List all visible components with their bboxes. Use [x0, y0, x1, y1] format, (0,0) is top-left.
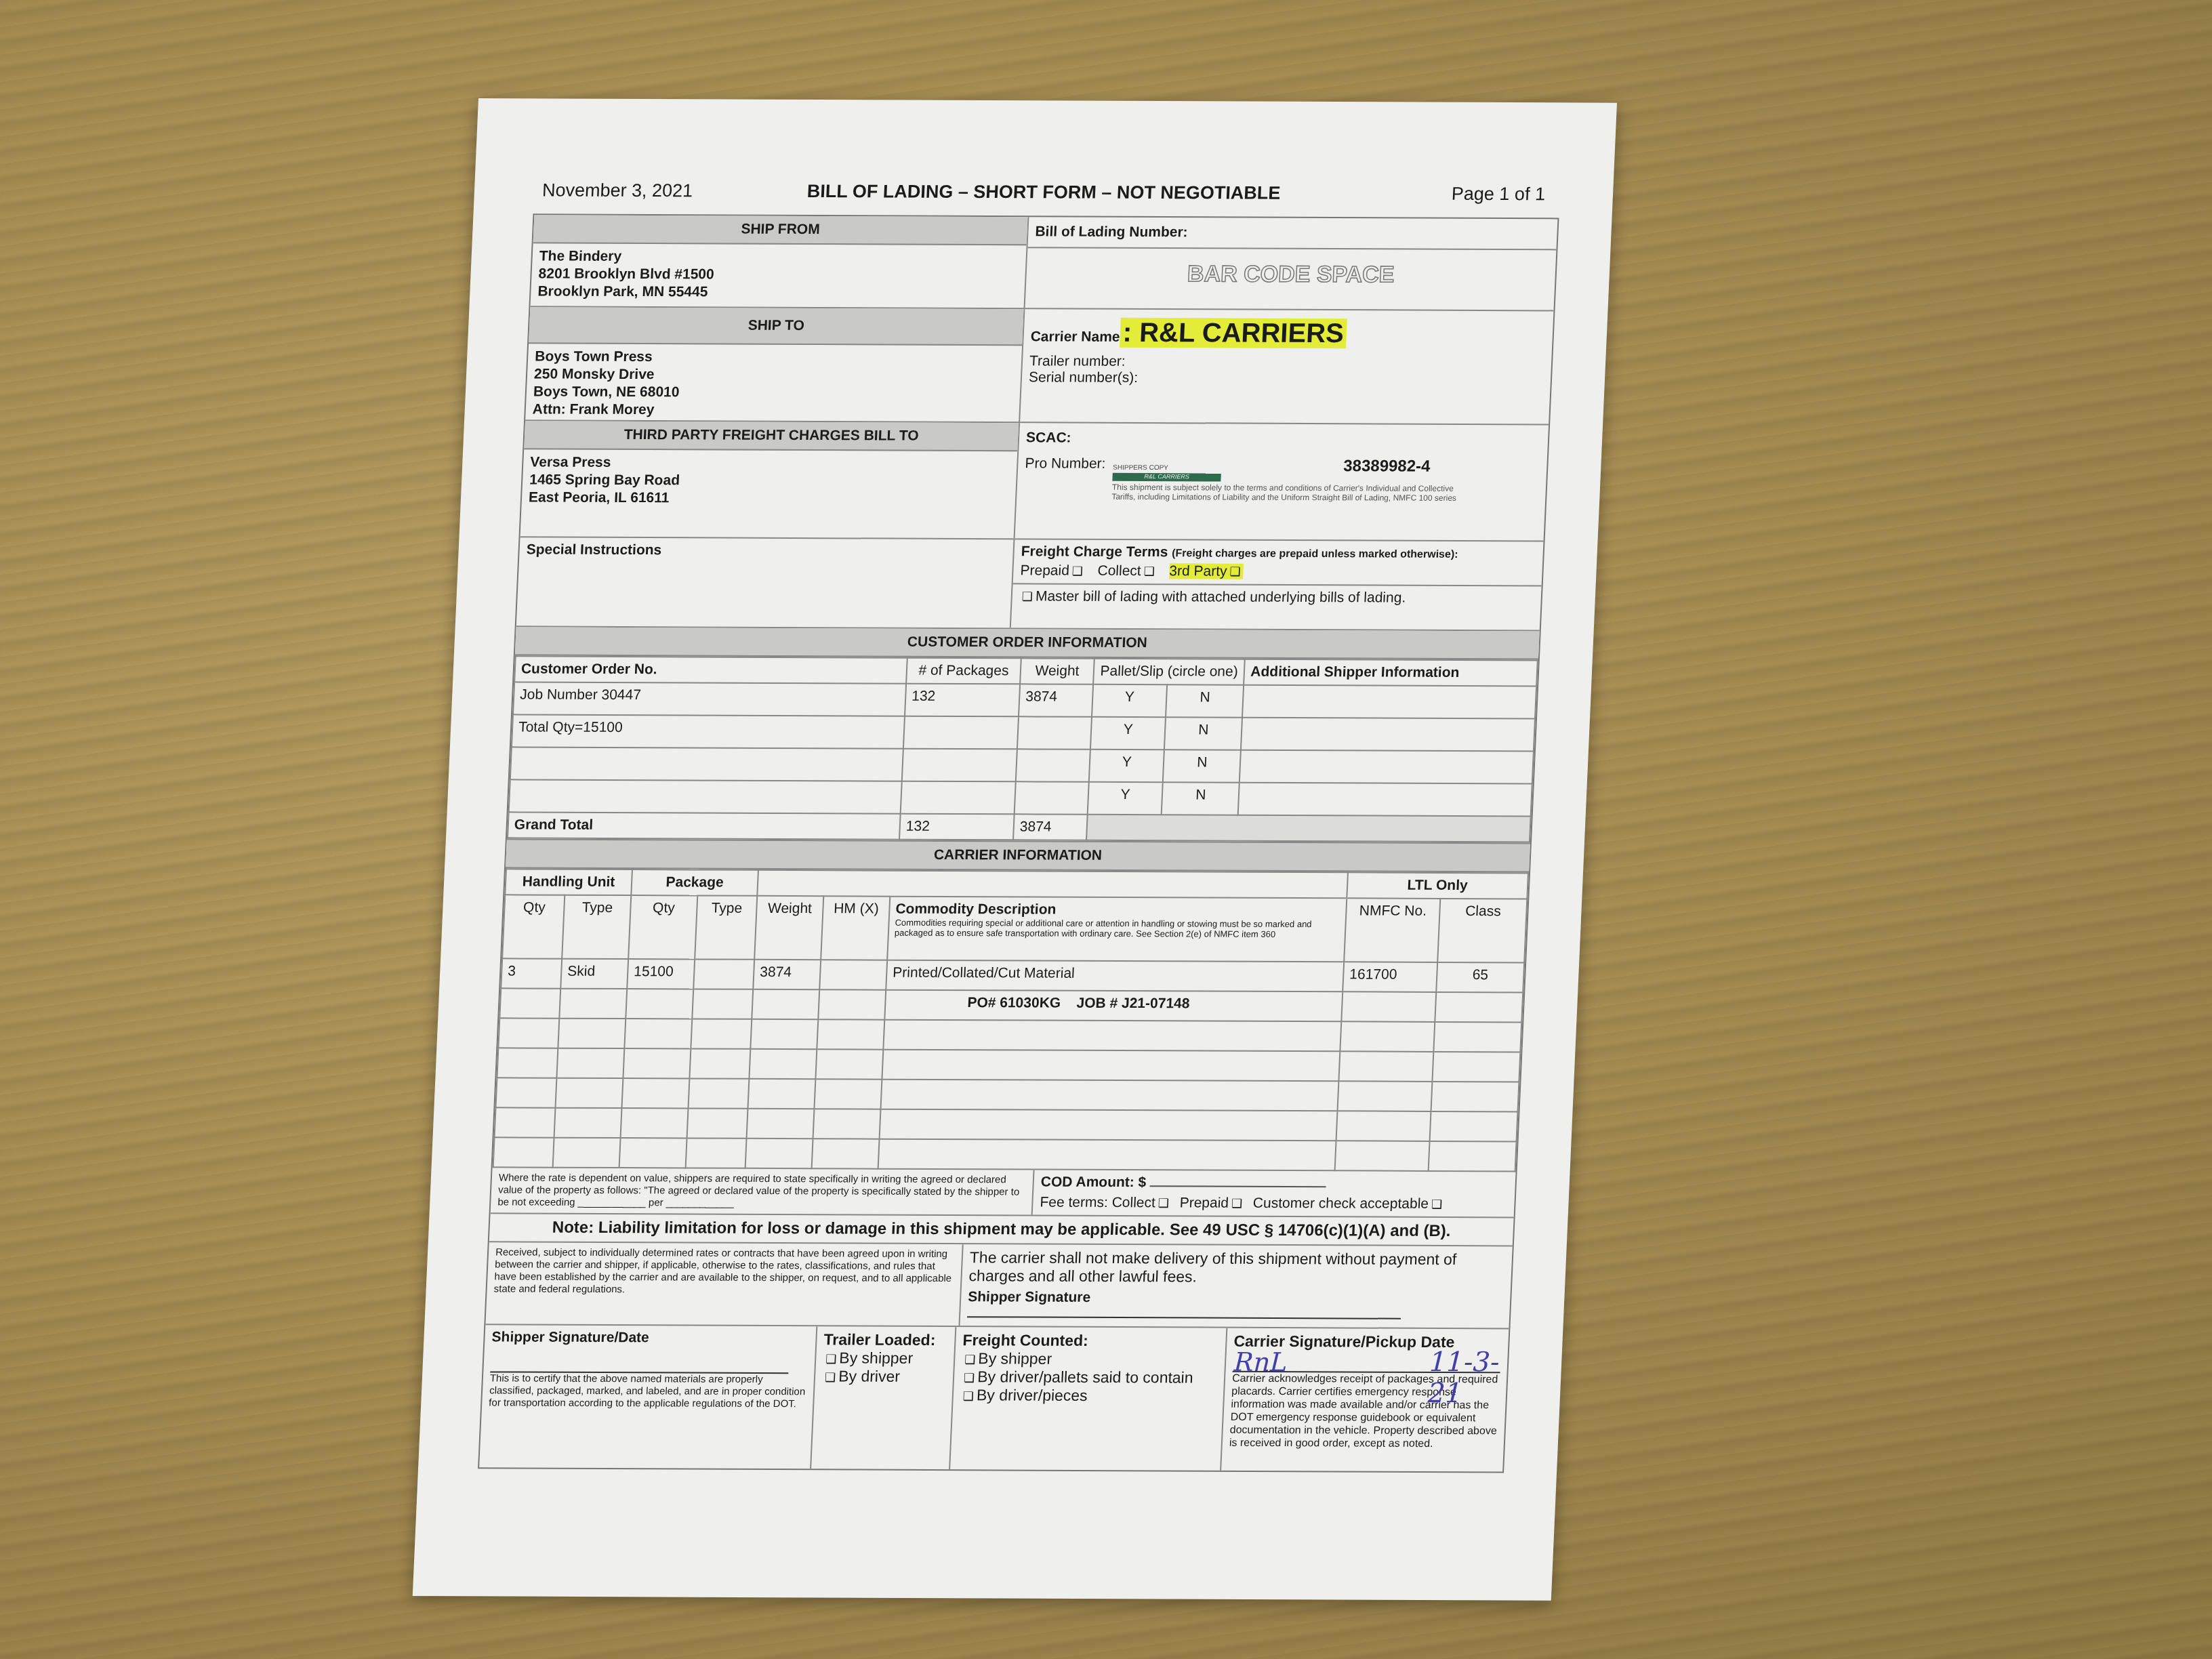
customer-order-row: Total Qty=15100YN [512, 714, 1535, 751]
declared-value-row: Where the rate is dependent on value, sh… [491, 1168, 1516, 1218]
carrier-info-cell [619, 1138, 687, 1168]
certify-text: This is to certify that the above named … [489, 1372, 807, 1410]
customer-order-table: Customer Order No. # of Packages Weight … [507, 655, 1538, 842]
third-party-heading: THIRD PARTY FREIGHT CHARGES BILL TO [524, 421, 1019, 451]
carrier-info-cell [499, 988, 560, 1018]
order-cell [510, 747, 903, 781]
carrier-info-cell [558, 1019, 626, 1048]
order-cell [901, 781, 1016, 815]
carrier-logo: R&L CARRIERS [1112, 473, 1221, 482]
carrier-info-cell [747, 1079, 815, 1109]
carrier-info-row [495, 1107, 1518, 1141]
third-party-address: Versa Press 1465 Spring Bay Road East Pe… [520, 449, 1017, 533]
carrier-info-cell [689, 1049, 750, 1079]
carrier-info-cell [1435, 992, 1523, 1023]
grand-total-row: Grand Total 132 3874 [508, 812, 1531, 842]
carrier-info-cell [814, 1079, 882, 1109]
carrier-info-cell [495, 1107, 556, 1137]
third-party-row: THIRD PARTY FREIGHT CHARGES BILL TO Vers… [520, 421, 1549, 541]
carrier-info-cell [747, 1109, 815, 1139]
customer-order-heading: CUSTOMER ORDER INFORMATION [515, 627, 1540, 659]
pallet-slip-option[interactable]: N [1164, 717, 1242, 750]
third-party-checkbox[interactable]: 3rd Party [1169, 563, 1244, 579]
order-cell [902, 749, 1017, 782]
carrier-info-cell [623, 1048, 691, 1078]
order-cell [1015, 781, 1089, 814]
checkbox-icon [961, 1368, 978, 1385]
liability-note: Note: Liability limitation for loss or d… [489, 1214, 1514, 1246]
carrier-info-cell [815, 1049, 883, 1079]
special-instructions-label: Special Instructions [526, 541, 1006, 560]
additional-shipper-info-cell [1241, 718, 1535, 752]
pallet-slip-option[interactable]: Y [1090, 717, 1166, 750]
carrier-info-cell [1338, 1051, 1433, 1082]
carrier-info-cell [553, 1138, 621, 1168]
carrier-info-cell [1430, 1111, 1518, 1142]
cod-amount-label: COD Amount: $ [1040, 1174, 1147, 1191]
carrier-info-cell [495, 1078, 556, 1107]
order-cell [903, 716, 1019, 750]
carrier-sticker: SHIPPERS COPY R&L CARRIERS This shipment… [1111, 464, 1465, 513]
carrier-info-cell [691, 1019, 752, 1049]
checkbox-icon [962, 1349, 979, 1367]
signature-row: Shipper Signature/Date This is to certif… [479, 1325, 1509, 1471]
carrier-info-cell [817, 1019, 884, 1049]
customer-check-checkbox[interactable]: Customer check acceptable [1252, 1195, 1445, 1212]
fee-prepaid-checkbox[interactable]: Prepaid [1179, 1195, 1246, 1210]
carrier-info-cell [880, 1109, 1338, 1141]
customer-order-row: YN [510, 747, 1534, 783]
carrier-info-cell [688, 1079, 749, 1109]
carrier-info-cell [626, 989, 693, 1019]
carrier-info-cell [883, 1020, 1341, 1052]
bol-number-label: Bill of Lading Number: [1027, 217, 1557, 250]
customer-order-row: YN [509, 779, 1532, 816]
carrier-info-table: Handling Unit Package LTL Only Qty Type … [493, 868, 1529, 1172]
document-header: November 3, 2021 BILL OF LADING – SHORT … [474, 180, 1614, 211]
bill-of-lading-document: November 3, 2021 BILL OF LADING – SHORT … [413, 98, 1617, 1601]
master-bol-checkbox[interactable]: Master bill of lading with attached unde… [1012, 584, 1542, 611]
trailer-number-label: Trailer number: [1029, 353, 1545, 371]
document-title: BILL OF LADING – SHORT FORM – NOT NEGOTI… [474, 180, 1613, 205]
counted-by-driver-pieces-checkbox[interactable]: By driver/pieces [960, 1386, 1216, 1406]
carrier-info-cell [750, 1019, 818, 1049]
carrier-info-cell [878, 1139, 1336, 1171]
shipper-signature-label: Shipper Signature [968, 1289, 1091, 1305]
carrier-info-cell [556, 1048, 624, 1078]
order-cell: Job Number 30447 [513, 682, 906, 716]
carrier-info-cell: 161700 [1343, 962, 1437, 992]
carrier-info-cell [882, 1050, 1340, 1082]
fee-collect-checkbox[interactable]: Collect [1111, 1195, 1172, 1210]
carrier-info-cell [693, 960, 754, 989]
carrier-name-label: Carrier Name [1030, 329, 1120, 345]
carrier-info-cell: 65 [1436, 962, 1524, 993]
carrier-info-cell [621, 1108, 689, 1138]
trailer-loaded-shipper-checkbox[interactable]: By shipper [823, 1349, 947, 1368]
carrier-info-cell [1433, 1022, 1521, 1052]
collect-checkbox[interactable]: Collect [1097, 563, 1158, 579]
carrier-info-cell [554, 1108, 622, 1138]
pallet-slip-option[interactable]: Y [1088, 782, 1163, 815]
ship-to-row: SHIP TO Boys Town Press 250 Monsky Drive… [525, 307, 1553, 425]
carrier-name-field: Carrier Name: R&L CARRIERS [1030, 317, 1547, 350]
shipper-signature-line[interactable] [967, 1316, 1401, 1319]
pallet-slip-option[interactable]: N [1163, 750, 1241, 782]
carrier-info-cell [749, 1049, 817, 1079]
carrier-info-cell [687, 1109, 748, 1139]
carrier-info-cell [686, 1139, 747, 1168]
carrier-info-cell [621, 1078, 689, 1108]
carrier-info-cell [1429, 1141, 1517, 1172]
carrier-info-cell [1341, 991, 1436, 1022]
carrier-info-cell [1340, 1021, 1435, 1052]
carrier-info-cell [624, 1019, 692, 1048]
carrier-info-cell [818, 989, 886, 1019]
freight-terms-label: Freight Charge Terms [1021, 544, 1168, 560]
shipper-sig-date-label: Shipper Signature/Date [491, 1329, 809, 1347]
scac-label: SCAC: [1026, 430, 1542, 448]
special-instructions-row: Special Instructions Freight Charge Term… [516, 537, 1544, 631]
carrier-info-row [497, 1048, 1520, 1082]
additional-shipper-info-cell [1240, 750, 1534, 784]
ship-from-heading: SHIP FROM [533, 215, 1028, 245]
checkbox-icon [1141, 563, 1158, 579]
carrier-info-cell [493, 1137, 554, 1167]
checkbox-icon [960, 1386, 977, 1404]
carrier-info-cell [880, 1080, 1338, 1111]
serial-number-label: Serial number(s): [1028, 369, 1544, 388]
received-text: Received, subject to individually determ… [485, 1242, 963, 1326]
carrier-info-cell: Skid [560, 959, 628, 989]
carrier-info-heading: CARRIER INFORMATION [506, 838, 1530, 872]
pallet-slip-option[interactable]: Y [1092, 684, 1167, 717]
pallet-slip-option[interactable]: N [1166, 684, 1244, 717]
carrier-info-cell [745, 1139, 813, 1168]
pallet-slip-option[interactable]: Y [1089, 750, 1164, 782]
carrier-info-cell [1431, 1082, 1519, 1112]
checkbox-icon [1429, 1196, 1446, 1212]
carrier-info-row: PO# 61030KG JOB # J21-07148 [499, 988, 1523, 1022]
carrier-info-cell [498, 1018, 559, 1048]
carrier-info-cell [752, 989, 819, 1019]
carrier-handwritten-signature: RnL [1233, 1347, 1288, 1377]
trailer-loaded-driver-checkbox[interactable]: By driver [822, 1367, 947, 1386]
barcode-placeholder: BAR CODE SPACE [1025, 248, 1557, 309]
customer-order-row: Job Number 304471323874YN [513, 682, 1536, 718]
delivery-text: The carrier shall not make delivery of t… [968, 1248, 1505, 1287]
carrier-info-cell [1336, 1111, 1431, 1141]
carrier-info-cell [559, 989, 627, 1019]
cod-amount-input[interactable] [1150, 1185, 1326, 1187]
counted-by-driver-pallets-checkbox[interactable]: By driver/pallets said to contain [961, 1368, 1218, 1387]
checkbox-icon [1019, 588, 1036, 604]
checkbox-icon [1227, 564, 1244, 579]
carrier-info-row: 3Skid151003874Printed/Collated/Cut Mater… [501, 958, 1524, 992]
counted-by-shipper-checkbox[interactable]: By shipper [962, 1349, 1218, 1369]
order-cell [509, 779, 902, 813]
additional-shipper-info-cell [1238, 783, 1532, 817]
checkbox-icon [1155, 1195, 1172, 1210]
terms-row: Received, subject to individually determ… [485, 1242, 1512, 1329]
carrier-info-cell: 15100 [627, 959, 695, 989]
carrier-info-cell [813, 1109, 881, 1139]
carrier-info-cell [812, 1139, 880, 1168]
ship-to-address: Boys Town Press 250 Monsky Drive Boys To… [525, 344, 1022, 422]
checkbox-icon [1229, 1195, 1246, 1211]
order-cell [1016, 749, 1090, 781]
carrier-info-cell [1432, 1052, 1520, 1082]
additional-shipper-info-cell [1242, 685, 1536, 719]
order-cell [1017, 716, 1092, 749]
carrier-info-row [498, 1018, 1521, 1052]
carrier-info-cell [1337, 1081, 1432, 1111]
pallet-slip-option[interactable]: N [1162, 782, 1240, 815]
checkbox-icon [823, 1349, 840, 1366]
checkbox-icon [822, 1367, 839, 1385]
ship-to-heading: SHIP TO [529, 307, 1023, 346]
carrier-info-cell [692, 989, 753, 1019]
order-cell: 3874 [1019, 684, 1093, 716]
carrier-info-cell: 3 [501, 958, 562, 988]
carrier-name-value: : R&L CARRIERS [1120, 318, 1347, 348]
carrier-info-cell: Printed/Collated/Cut Material [886, 960, 1344, 992]
carrier-info-cell: PO# 61030KG JOB # J21-07148 [884, 990, 1343, 1022]
carrier-info-cell: 3874 [753, 960, 821, 989]
page-indicator: Page 1 of 1 [1451, 184, 1545, 205]
carrier-info-cell [819, 960, 887, 989]
prepaid-checkbox[interactable]: Prepaid [1020, 562, 1086, 578]
carrier-info-cell [497, 1048, 558, 1078]
bol-form: SHIP FROM The Bindery 8201 Brooklyn Blvd… [478, 213, 1559, 1473]
carrier-handwritten-date: 11-3-21 [1427, 1347, 1508, 1409]
carrier-info-cell [1335, 1141, 1430, 1171]
carrier-info-row [495, 1078, 1519, 1111]
declared-value-text: Where the rate is dependent on value, sh… [491, 1168, 1035, 1214]
order-cell: 132 [905, 684, 1020, 717]
carrier-info-row [493, 1137, 1517, 1171]
order-cell: Total Qty=15100 [512, 714, 905, 748]
ship-from-address: The Bindery 8201 Brooklyn Blvd #1500 Bro… [531, 243, 1027, 308]
checkbox-icon [1069, 563, 1086, 579]
ship-from-row: SHIP FROM The Bindery 8201 Brooklyn Blvd… [530, 215, 1557, 311]
carrier-info-cell [555, 1078, 623, 1108]
